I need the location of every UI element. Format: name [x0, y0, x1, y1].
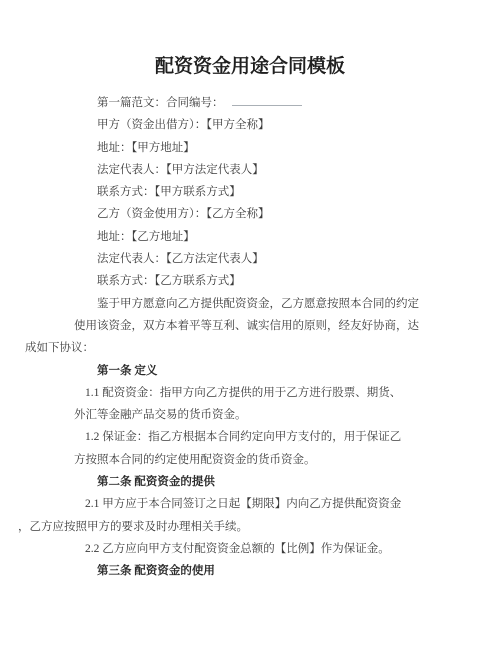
- doc-line-contract-number: 第一篇范文：合同编号：: [0, 92, 500, 114]
- doc-line-preamble-2: 使用该资金，双方本着平等互利、诚实信用的原则，经友好协商，达: [0, 315, 500, 337]
- doc-line-text: 1.2 保证金：指乙方根据本合同约定向甲方支付的，用于保证乙: [85, 431, 401, 443]
- doc-line-party-a-representative: 法定代表人：【甲方法定代表人】: [0, 159, 500, 181]
- doc-heading-article-3: 第三条 配资资金的使用: [0, 560, 500, 582]
- doc-heading-article-1: 第一条 定义: [0, 360, 500, 382]
- doc-line-party-a-address: 地址：【甲方地址】: [0, 137, 500, 159]
- doc-line-party-a: 甲方（资金出借方）：【甲方全称】: [0, 114, 500, 136]
- doc-line-text: 2.1 甲方应于本合同签订之日起【期限】内向乙方提供配资资金: [85, 498, 401, 510]
- doc-line-clause-2-1b: ，乙方应按照甲方的要求及时办理相关手续。: [0, 516, 500, 538]
- doc-line-clause-1-1b: 外汇等金融产品交易的货币资金。: [0, 404, 500, 426]
- doc-line-clause-1-1a: 1.1 配资资金：指甲方向乙方提供的用于乙方进行股票、期货、: [0, 382, 500, 404]
- doc-line-party-b-representative: 法定代表人：【乙方法定代表人】: [0, 248, 500, 270]
- doc-line-text: 方按照本合同的约定使用配资资金的货币资金。: [74, 454, 316, 466]
- doc-line-clause-1-2a: 1.2 保证金：指乙方根据本合同约定向甲方支付的，用于保证乙: [0, 426, 500, 448]
- doc-line-party-b: 乙方（资金使用方）：【乙方全称】: [0, 203, 500, 225]
- doc-line-text: 联系方式：【甲方联系方式】: [97, 186, 241, 198]
- doc-line-text: 2.2 乙方应向甲方支付配资资金总额的【比例】作为保证金。: [85, 543, 390, 555]
- doc-line-clause-2-2: 2.2 乙方应向甲方支付配资资金总额的【比例】作为保证金。: [0, 538, 500, 560]
- doc-line-text: 鉴于甲方愿意向乙方提供配资资金，乙方愿意按照本合同的约定: [97, 298, 419, 310]
- contract-number-blank: [232, 94, 302, 106]
- doc-line-text: ，乙方应按照甲方的要求及时办理相关手续。: [18, 521, 248, 533]
- doc-heading-article-2: 第二条 配资资金的提供: [0, 471, 500, 493]
- doc-line-text: 法定代表人：【乙方法定代表人】: [97, 253, 264, 265]
- doc-line-party-b-address: 地址：【乙方地址】: [0, 226, 500, 248]
- doc-line-text: 联系方式：【乙方联系方式】: [97, 275, 241, 287]
- doc-line-party-b-contact: 联系方式：【乙方联系方式】: [0, 270, 500, 292]
- doc-line-preamble-1: 鉴于甲方愿意向乙方提供配资资金，乙方愿意按照本合同的约定: [0, 293, 500, 315]
- doc-line-text: 1.1 配资资金：指甲方向乙方提供的用于乙方进行股票、期货、: [85, 387, 401, 399]
- doc-line-text: 地址：【甲方地址】: [97, 142, 195, 154]
- doc-line-text: 乙方（资金使用方）：【乙方全称】: [97, 208, 270, 220]
- doc-line-text: 地址：【乙方地址】: [97, 231, 195, 243]
- doc-body: 第一篇范文：合同编号： 甲方（资金出借方）：【甲方全称】 地址：【甲方地址】 法…: [0, 92, 500, 583]
- doc-line-text: 第一篇范文：合同编号：: [97, 97, 224, 109]
- doc-line-text: 外汇等金融产品交易的货币资金。: [74, 409, 247, 421]
- doc-line-text: 法定代表人：【甲方法定代表人】: [97, 164, 264, 176]
- doc-line-text: 第二条 配资资金的提供: [97, 476, 215, 488]
- doc-line-text: 第一条 定义: [97, 365, 157, 377]
- doc-line-preamble-3: 成如下协议：: [0, 337, 500, 359]
- doc-line-text: 使用该资金，双方本着平等互利、诚实信用的原则，经友好协商，达: [74, 320, 419, 332]
- doc-line-party-a-contact: 联系方式：【甲方联系方式】: [0, 181, 500, 203]
- contract-document-page: 配资资金用途合同模板 第一篇范文：合同编号： 甲方（资金出借方）：【甲方全称】 …: [0, 0, 500, 647]
- doc-line-clause-1-2b: 方按照本合同的约定使用配资资金的货币资金。: [0, 449, 500, 471]
- doc-line-clause-2-1a: 2.1 甲方应于本合同签订之日起【期限】内向乙方提供配资资金: [0, 493, 500, 515]
- doc-line-text: 第三条 配资资金的使用: [97, 565, 215, 577]
- doc-title: 配资资金用途合同模板: [0, 54, 500, 80]
- doc-line-text: 成如下协议：: [25, 342, 94, 354]
- doc-line-text: 甲方（资金出借方）：【甲方全称】: [97, 119, 270, 131]
